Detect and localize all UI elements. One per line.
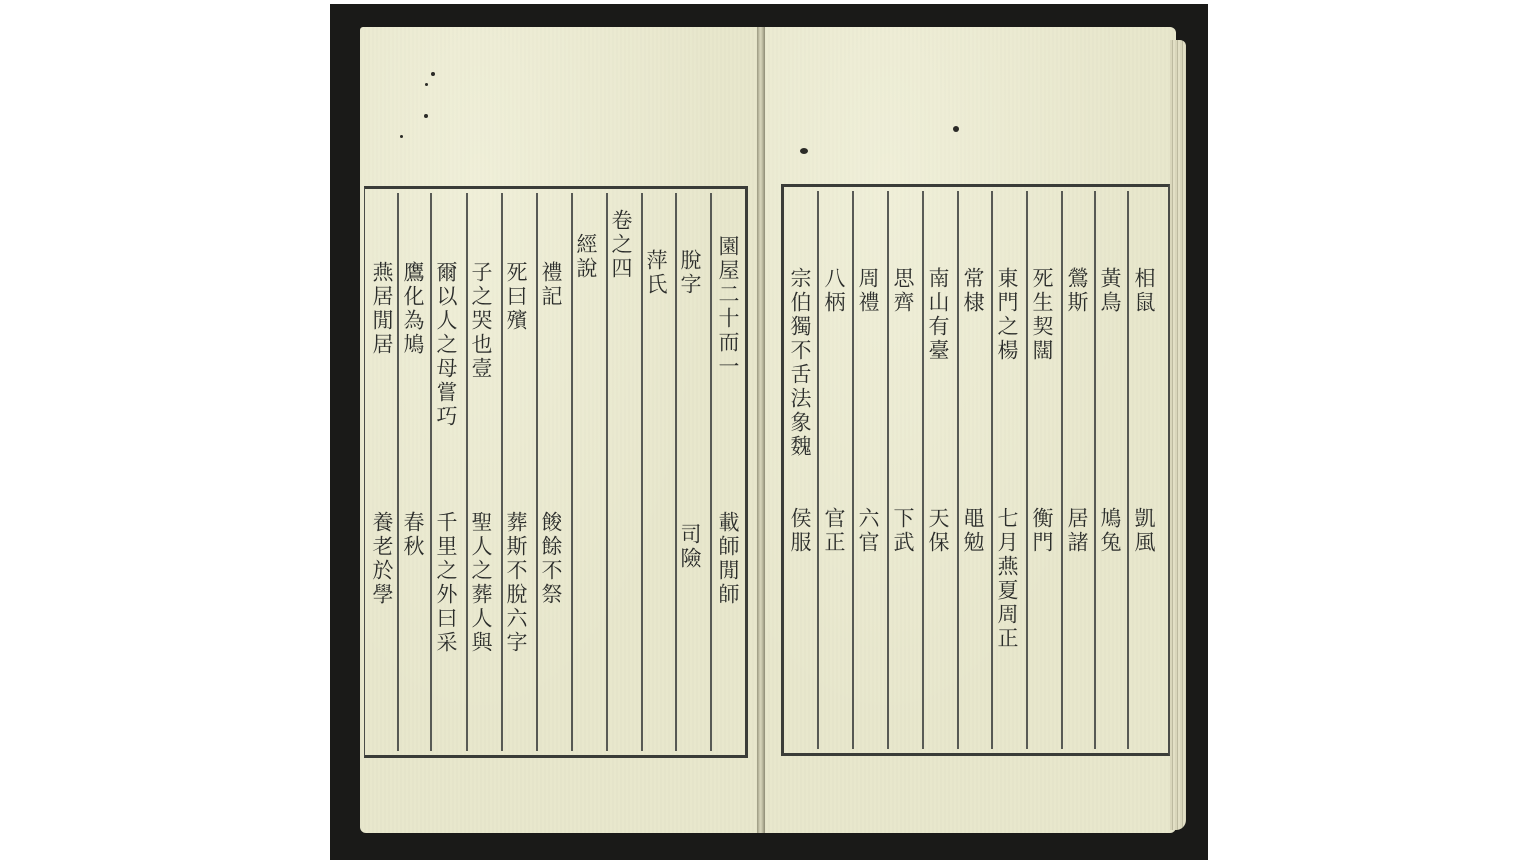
text-column: 黃鳥	[1095, 267, 1125, 315]
text-column: 載師閒師	[713, 511, 743, 607]
text-column: 鳩兔	[1095, 507, 1125, 555]
text-column: 經說	[571, 233, 601, 281]
text-column: 衡門	[1027, 507, 1057, 555]
text-column: 八柄	[819, 267, 849, 315]
text-column: 餕餘不祭	[536, 511, 566, 607]
text-column: 子之哭也壹	[466, 261, 496, 381]
text-column: 脫字	[675, 249, 705, 297]
column-rule	[710, 193, 712, 751]
text-column: 禮記	[536, 261, 566, 309]
text-column: 凱風	[1129, 507, 1159, 555]
text-column: 侯服	[785, 507, 815, 555]
text-column: 鶯斯	[1062, 267, 1092, 315]
text-column: 宗伯獨不舌法象魏	[785, 267, 815, 459]
text-column: 春秋	[398, 511, 428, 559]
ink-stain	[800, 148, 808, 154]
book-spine	[757, 27, 765, 833]
ink-stain	[953, 126, 959, 132]
right-text-frame: 相鼠 凱風 黃鳥 鳩兔 鶯斯 居諸 死生契闊 衡門 東門之楊 七月燕夏周正 常棣…	[781, 184, 1170, 756]
text-column: 死曰殯	[501, 261, 531, 333]
text-column: 居諸	[1062, 507, 1092, 555]
text-column: 相鼠	[1129, 267, 1159, 315]
text-column: 天保	[923, 507, 953, 555]
text-column: 南山有臺	[923, 267, 953, 363]
text-column: 爾以人之母嘗巧	[431, 261, 461, 429]
text-column: 黽勉	[958, 507, 988, 555]
text-column: 千里之外曰采	[431, 511, 461, 655]
text-column: 下武	[888, 507, 918, 555]
left-text-frame: 園屋二十而一 載師閒師 脫字 司險 萍氏 卷之四 經說 禮記 餕餘不祭 死曰殯 …	[364, 186, 748, 758]
text-column: 聖人之葬人與	[466, 511, 496, 655]
text-column: 死生契闊	[1027, 267, 1057, 363]
text-column: 周禮	[853, 267, 883, 315]
ink-spot	[424, 114, 428, 118]
text-column: 養老於學	[367, 511, 397, 607]
text-column: 鷹化為鳩	[398, 261, 428, 357]
text-column: 葬斯不脫六字	[501, 511, 531, 655]
text-column: 萍氏	[641, 249, 671, 297]
ink-spot	[425, 83, 428, 86]
ink-spot	[400, 135, 403, 138]
text-column: 園屋二十而一	[713, 235, 743, 379]
text-column: 司險	[675, 523, 705, 571]
text-column: 思齊	[888, 267, 918, 315]
ink-spot	[431, 72, 435, 76]
text-column: 卷之四	[606, 209, 636, 281]
text-column: 東門之楊	[992, 267, 1022, 363]
page-fore-edge	[1170, 40, 1186, 830]
text-column: 六官	[853, 507, 883, 555]
text-column: 燕居閒居	[367, 261, 397, 357]
text-column: 官正	[819, 507, 849, 555]
text-column: 常棣	[958, 267, 988, 315]
text-column: 七月燕夏周正	[992, 507, 1022, 651]
